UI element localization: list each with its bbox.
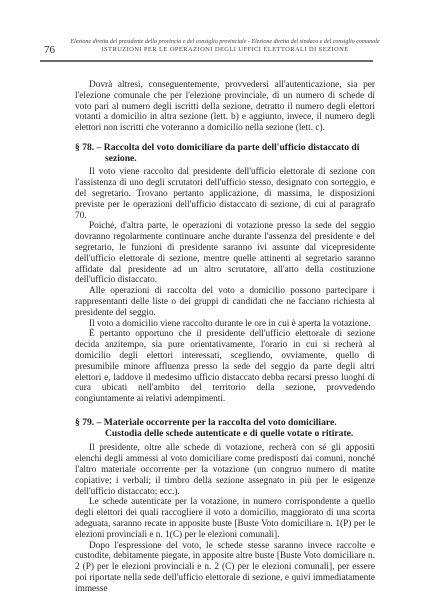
document-page: 76 Elezione diretta del presidente della… (0, 0, 431, 600)
intro-paragraph: Dovrà altresì, conseguentemente, provved… (75, 80, 375, 134)
section-79-paragraph-1: Il presidente, oltre alle schede di vota… (75, 443, 375, 497)
section-78-paragraph-2: Poiché, d'altra parte, le operazioni di … (75, 221, 375, 286)
section-79-paragraph-3: Dopo l'espressione del voto, le schede s… (75, 541, 375, 595)
running-subtitle: ISTRUZIONI PER LE OPERAZIONI DEGLI UFFIC… (70, 46, 380, 54)
section-78-paragraph-1: Il voto viene raccolto dal presidente de… (75, 167, 375, 221)
page-body: Dovrà altresì, conseguentemente, provved… (75, 80, 375, 594)
section-78-paragraph-5: È pertanto opportuno che il presidente d… (75, 329, 375, 405)
header-rule (40, 60, 373, 62)
running-title: Elezione diretta del presidente della pr… (70, 38, 380, 46)
section-78-paragraph-4: Il voto a domicilio viene raccolto duran… (75, 319, 375, 330)
running-head: Elezione diretta del presidente della pr… (70, 38, 380, 54)
section-78-paragraph-3: Alle operazioni di raccolta del voto a d… (75, 286, 375, 318)
page-number: 76 (44, 44, 55, 56)
section-79-heading: § 79. – Materiale occorrente per la racc… (75, 417, 375, 439)
section-78-heading: § 78. – Raccolta del voto domiciliare da… (75, 142, 375, 164)
section-79-paragraph-2: Le schede autenticate per la votazione, … (75, 497, 375, 540)
